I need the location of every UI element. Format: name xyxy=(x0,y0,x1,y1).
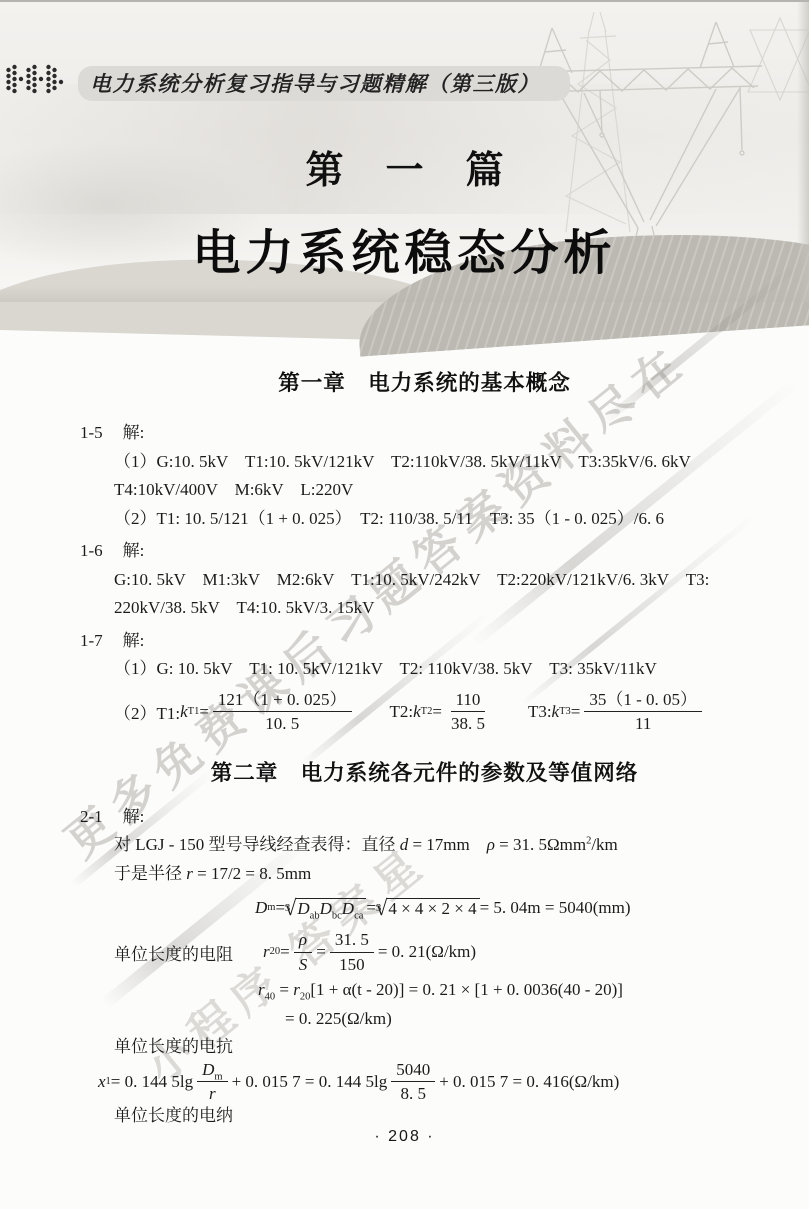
equals: = xyxy=(280,942,290,962)
problem-1-6-header: 1-6解: xyxy=(80,537,769,566)
solve-label: 解: xyxy=(123,631,145,650)
problem-2-1-header: 2-1解: xyxy=(80,803,769,832)
solution-line: T4:10kV/400V M:6kV L:220V xyxy=(80,476,769,505)
result: + 0. 015 7 = 0. 416(Ω/km) xyxy=(439,1072,619,1092)
fraction: 35（1 - 0. 05）11 xyxy=(584,689,702,735)
hill-foreground xyxy=(0,286,809,302)
subscript: 40 xyxy=(265,991,276,1002)
variable-r: r xyxy=(258,980,265,999)
variable-d: d xyxy=(400,835,409,854)
chapter-2-title: 第二章 电力系统各元件的参数及等值网络 xyxy=(80,756,769,787)
fraction: 121（1 + 0. 025）10. 5 xyxy=(213,689,352,735)
solution-line: 单位长度的电抗 xyxy=(80,1033,769,1062)
fraction: 50408. 5 xyxy=(391,1059,435,1105)
result: = 5. 04m = 5040(mm) xyxy=(480,898,631,918)
solution-line: 220kV/38. 5kV T4:10. 5kV/3. 15kV xyxy=(80,594,769,623)
variable-k: k xyxy=(413,702,421,722)
text-label: 单位长度的电阻 xyxy=(114,940,233,965)
problem-number: 1-6 xyxy=(80,541,103,560)
page-number: · 208 · xyxy=(0,1128,809,1146)
scanned-book-page: 电力系统分析复习指导与习题精解（第三版） 第一篇 电力系统稳态分析 更多免费课后… xyxy=(0,0,809,1209)
variable-D: D xyxy=(202,1060,214,1079)
equals: = xyxy=(316,942,326,962)
part-label: 第一篇 xyxy=(0,139,809,194)
solution-line: （2）T1: 10. 5/121（1 + 0. 025） T2: 110/38.… xyxy=(80,505,769,534)
variable-r: r xyxy=(263,942,270,962)
page-content: 第一章 电力系统的基本概念 1-5解: （1）G:10. 5kV T1:10. … xyxy=(0,302,809,1130)
variable-r: r xyxy=(293,980,300,999)
text: 对 LGJ - 150 型号导线经查表得：直径 xyxy=(114,835,400,854)
solution-formula-line: x1 = 0. 144 5lg Dmr + 0. 015 7 = 0. 144 … xyxy=(98,1062,769,1102)
fraction: ρS xyxy=(294,929,313,975)
solution-line: （1）G:10. 5kV T1:10. 5kV/121kV T2:110kV/3… xyxy=(80,448,769,477)
solve-label: 解: xyxy=(123,423,145,442)
text: = 31. 5Ωmm xyxy=(495,835,586,854)
problem-number: 1-5 xyxy=(80,423,103,442)
scan-top-edge xyxy=(0,0,809,2)
fraction: Dmr xyxy=(197,1059,227,1105)
solution-line: 单位长度的电纳 xyxy=(80,1102,769,1131)
text: = 17mm xyxy=(408,835,487,854)
solution-line: 对 LGJ - 150 型号导线经查表得：直径 d = 17mm ρ = 31.… xyxy=(80,831,769,860)
fraction: 31. 5150 xyxy=(330,929,374,975)
solve-label: 解: xyxy=(123,807,145,826)
variable-r: r xyxy=(186,864,193,883)
subscript: m xyxy=(214,1071,222,1082)
radical-sign: √ xyxy=(375,895,387,921)
equals: = xyxy=(199,702,209,722)
problem-1-5-header: 1-5解: xyxy=(80,419,769,448)
result: = 0. 21(Ω/km) xyxy=(378,942,476,962)
part-title: 电力系统稳态分析 xyxy=(0,214,809,283)
variable-x: x xyxy=(98,1072,106,1092)
solution-formula-line: （2）T1: kT1 = 121（1 + 0. 025）10. 5 T2: kT… xyxy=(80,688,769,736)
text: 于是半径 xyxy=(114,864,186,883)
formula-text: = 0. 144 5lg xyxy=(111,1072,193,1092)
variable-D: D xyxy=(297,899,309,918)
solution-line: G:10. 5kV M1:3kV M2:6kV T1:10. 5kV/242kV… xyxy=(80,566,769,595)
variable-rho: ρ xyxy=(487,835,495,854)
text: = 17/2 = 8. 5mm xyxy=(193,864,311,883)
formula-text: [1 + α(t - 20)] = 0. 21 × [1 + 0. 0036(4… xyxy=(310,980,623,999)
subscript: ab xyxy=(310,910,320,921)
book-title: 电力系统分析复习指导与习题精解（第三版） xyxy=(78,66,570,101)
radicand: 4 × 4 × 2 × 4 xyxy=(387,898,479,919)
variable-k: k xyxy=(180,702,188,722)
solution-line: 于是半径 r = 17/2 = 8. 5mm xyxy=(80,860,769,889)
text: /km xyxy=(591,835,617,854)
solve-label: 解: xyxy=(123,541,145,560)
equals: = xyxy=(275,980,293,999)
solution-line: （1）G: 10. 5kV T1: 10. 5kV/121kV T2: 110k… xyxy=(80,655,769,684)
formula-text: （2）T1: xyxy=(114,699,180,724)
formula-text: T2: xyxy=(390,702,414,722)
variable-D: D xyxy=(342,899,354,918)
formula-text: + 0. 015 7 = 0. 144 5lg xyxy=(232,1072,388,1092)
problem-number: 2-1 xyxy=(80,807,103,826)
subscript: ca xyxy=(354,910,363,921)
chapter-1-title: 第一章 电力系统的基本概念 xyxy=(80,366,769,397)
variable-k: k xyxy=(552,702,560,722)
solution-formula-line: r40 = r20[1 + α(t - 20)] = 0. 21 × [1 + … xyxy=(258,976,769,1005)
formula-text: T3: xyxy=(528,702,552,722)
dots-pattern-icon xyxy=(6,60,70,106)
variable-D: D xyxy=(320,899,332,918)
solution-formula-line: 单位长度的电阻 r20 = ρS = 31. 5150 = 0. 21(Ω/km… xyxy=(114,928,769,976)
running-header: 电力系统分析复习指导与习题精解（第三版） xyxy=(6,60,570,106)
problem-number: 1-7 xyxy=(80,631,103,650)
problem-1-7-header: 1-7解: xyxy=(80,627,769,656)
radical-sign: √ xyxy=(284,895,296,921)
equals: = xyxy=(571,702,581,722)
variable-D: D xyxy=(255,898,267,918)
subscript: bc xyxy=(332,910,342,921)
solution-formula-line: Dm = 3√DabDbcDca = 3√4 × 4 × 2 × 4 = 5. … xyxy=(255,890,769,926)
radicand: DabDbcDca xyxy=(296,898,366,919)
solution-line: = 0. 225(Ω/km) xyxy=(285,1005,769,1034)
fraction: 11038. 5 xyxy=(446,689,490,735)
equals: = xyxy=(432,702,442,722)
subscript: 20 xyxy=(300,991,311,1002)
